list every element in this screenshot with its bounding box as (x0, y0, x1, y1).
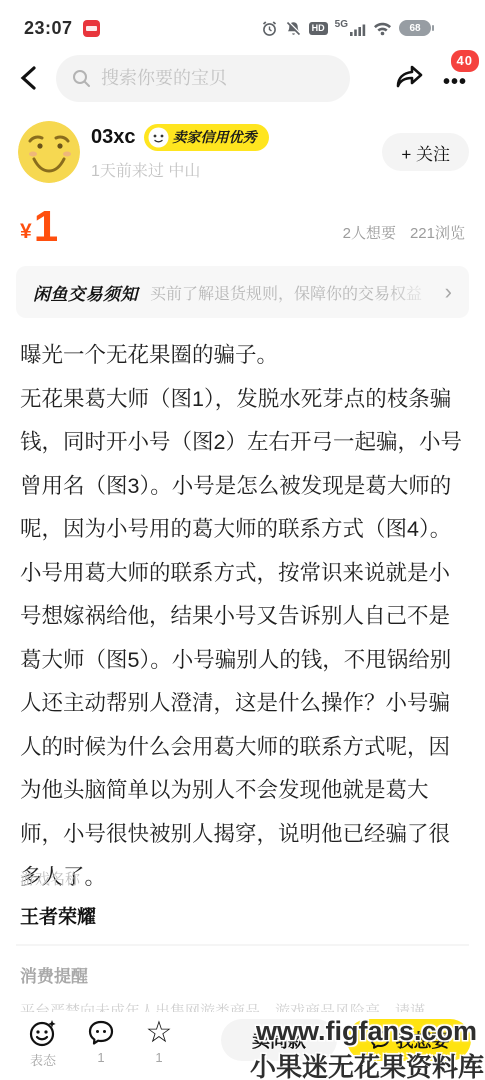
wanted-count: 2人想要 (343, 222, 396, 243)
search-bar[interactable] (56, 55, 350, 102)
wifi-icon (373, 21, 392, 36)
share-button[interactable] (395, 64, 425, 92)
seller-info: 03xc 卖家信用优秀 1天前来过 中山 (91, 124, 269, 181)
comment-count: 1 (97, 1050, 104, 1065)
react-smiley-icon (28, 1017, 58, 1049)
description-body: 无花果葛大师（图1），发脱水死芽点的枝条骗钱，同时开小号（图2）左右开弓一起骗，… (20, 378, 467, 900)
price-row: ¥ 1 2人想要 221浏览 (20, 203, 465, 249)
hd-icon: HD (309, 22, 328, 35)
trade-notice-banner[interactable]: 闲鱼交易须知 买前了解退货规则，保障你的交易权益 › (16, 266, 469, 318)
star-icon: ☆ (146, 1017, 173, 1049)
section-divider (16, 944, 469, 946)
seller-row: 03xc 卖家信用优秀 1天前来过 中山 + 关注 (18, 112, 469, 192)
trade-notice-text: 买前了解退货规则，保障你的交易权益 (150, 281, 439, 304)
price-amount: 1 (34, 205, 58, 249)
currency-symbol: ¥ (20, 220, 32, 244)
comment-action[interactable]: 1 (72, 1017, 130, 1065)
game-name-value: 王者荣耀 (20, 902, 96, 929)
more-dots-icon: ••• (443, 71, 467, 93)
favorite-count: 1 (155, 1050, 162, 1065)
notification-badge: 40 (451, 50, 479, 72)
status-bar: 23:07 HD 5G 68 (0, 0, 485, 46)
favorite-action[interactable]: ☆ 1 (130, 1017, 188, 1065)
react-action[interactable]: 表态 (14, 1017, 72, 1069)
battery-icon: 68 (399, 20, 431, 36)
back-button[interactable] (18, 65, 40, 91)
follow-button[interactable]: + 关注 (382, 133, 469, 171)
game-name-label: 游戏名称 (20, 868, 96, 889)
chevron-right-icon: › (445, 282, 452, 302)
signal-5g-icon: 5G (335, 20, 366, 36)
trade-notice-title: 闲鱼交易须知 (33, 280, 138, 305)
seller-credit-label: 卖家信用优秀 (173, 127, 257, 147)
seller-meta: 1天前来过 中山 (91, 158, 269, 181)
mute-bell-icon (285, 20, 302, 37)
watermark-url: www.figfans.com (256, 1016, 477, 1047)
badge-face-icon (148, 127, 169, 148)
react-label: 表态 (30, 1050, 56, 1069)
consumer-reminder-title: 消费提醒 (20, 962, 467, 987)
status-icons: HD 5G 68 (261, 20, 431, 37)
item-description: 曝光一个无花果圈的骗子。 无花果葛大师（图1），发脱水死芽点的枝条骗钱，同时开小… (20, 334, 467, 900)
item-stats: 2人想要 221浏览 (343, 222, 465, 243)
seller-name[interactable]: 03xc (91, 126, 136, 149)
seller-credit-badge: 卖家信用优秀 (144, 124, 269, 151)
search-input[interactable] (101, 68, 334, 89)
search-icon (72, 69, 91, 88)
game-section: 游戏名称 王者荣耀 (20, 868, 96, 929)
view-count: 221浏览 (410, 222, 465, 243)
alarm-icon (261, 20, 278, 37)
header-bar: ••• 40 (0, 46, 485, 110)
seller-avatar[interactable] (18, 121, 80, 183)
app-screen: 23:07 HD 5G 68 (0, 0, 485, 1080)
recording-app-badge-icon (83, 20, 100, 37)
more-button[interactable]: ••• 40 (443, 64, 467, 92)
description-intro: 曝光一个无花果圈的骗子。 (20, 334, 467, 378)
comment-bubble-icon (86, 1017, 116, 1049)
clock-time: 23:07 (24, 18, 73, 39)
watermark-caption: 小果迷无花果资料库 (250, 1047, 484, 1080)
